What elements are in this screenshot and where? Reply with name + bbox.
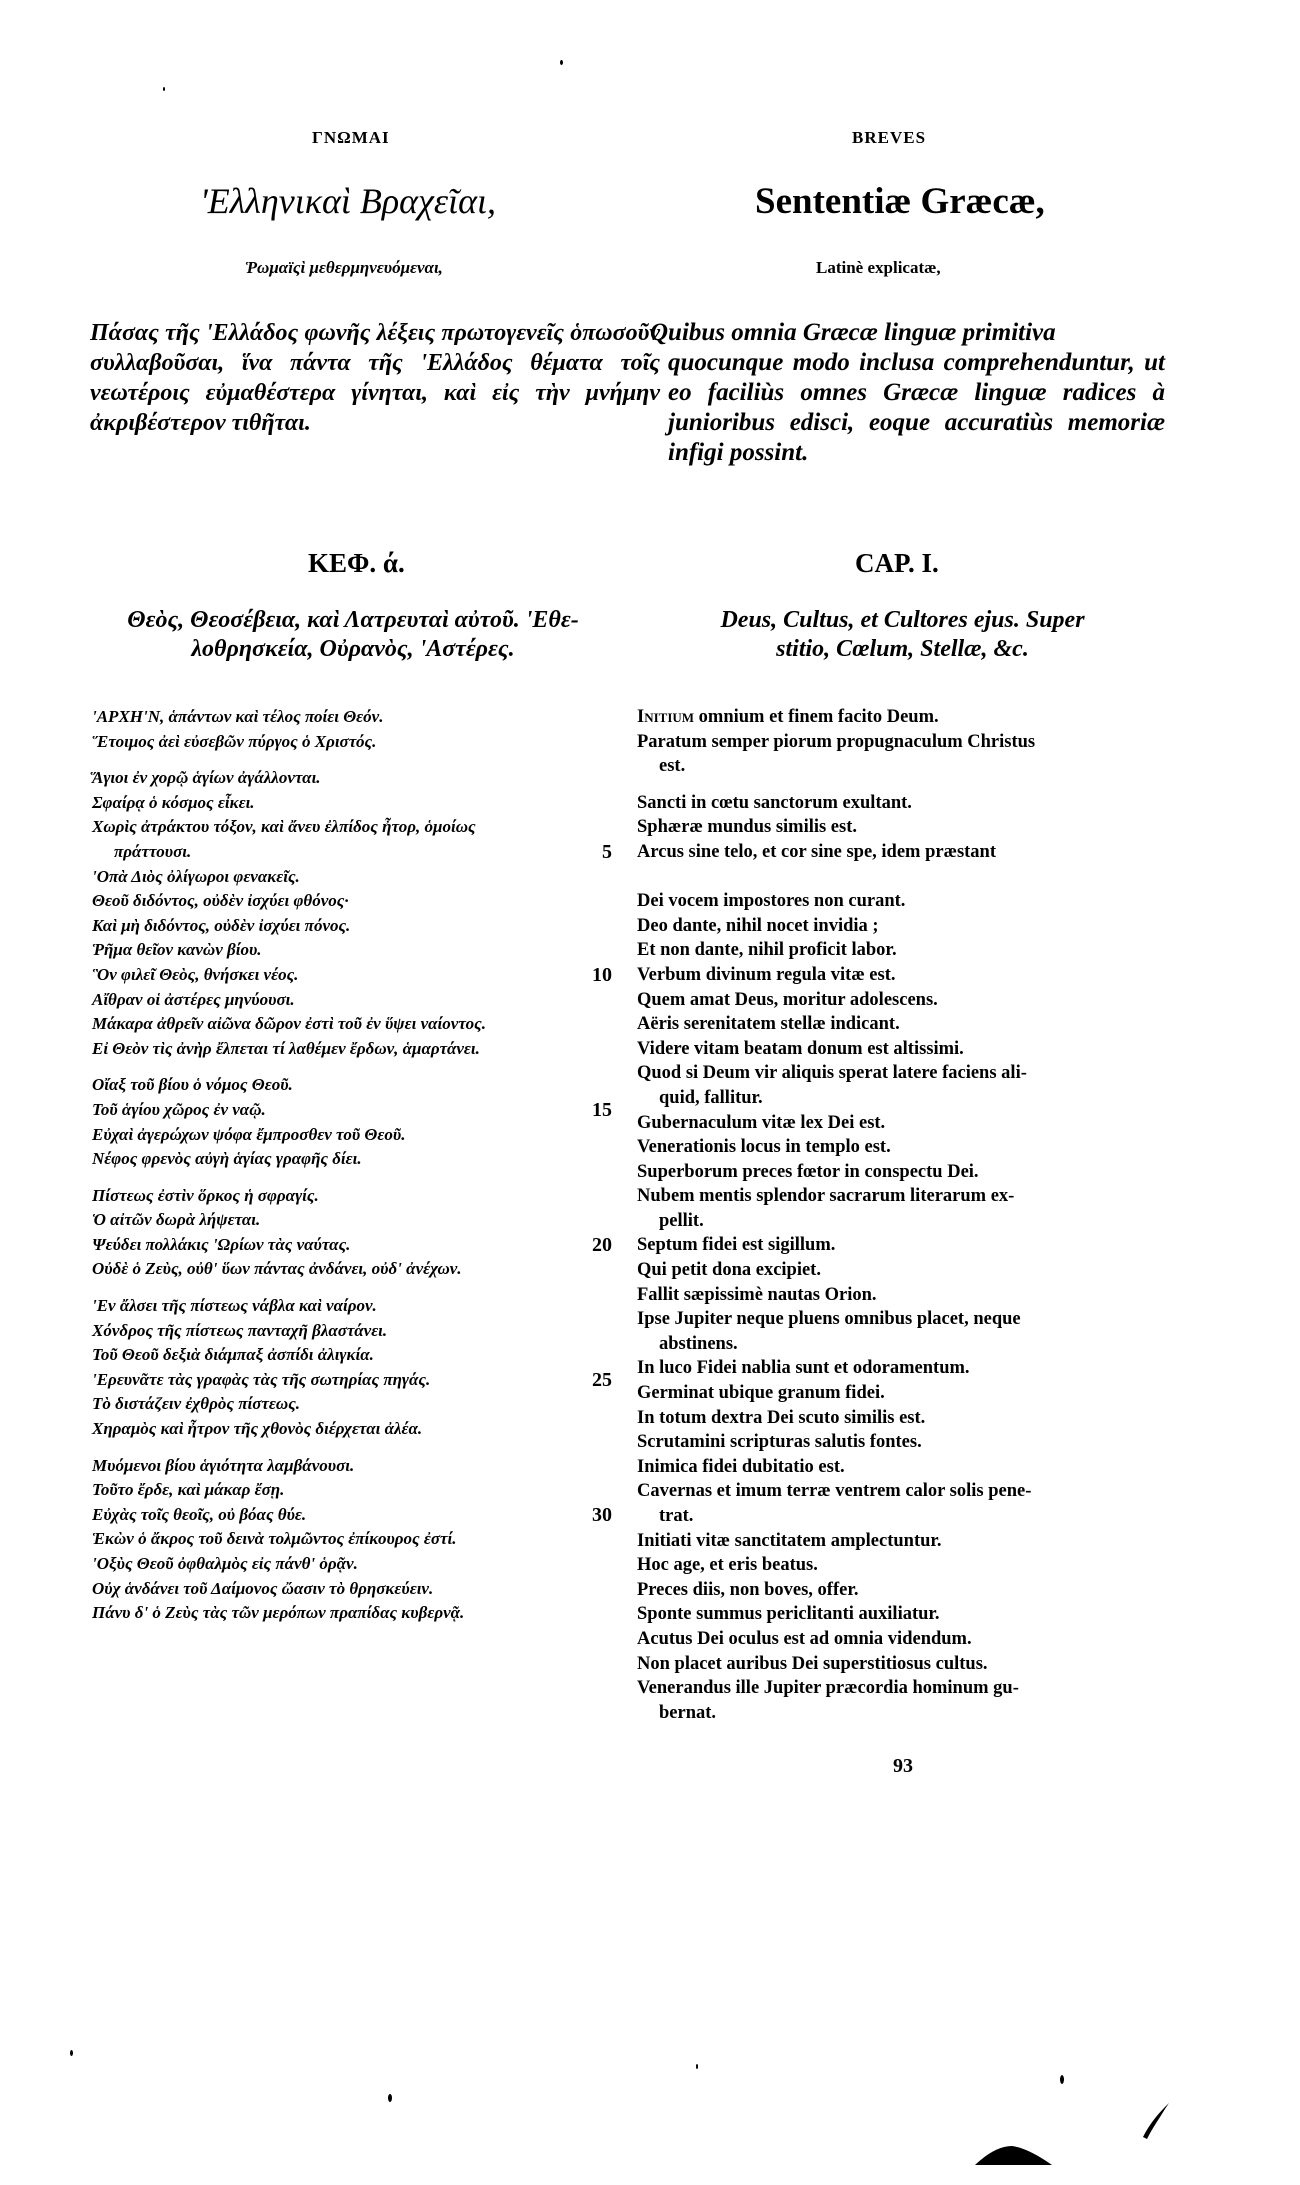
intro-latin-rest: quocunque modo inclusa comprehenduntur, … — [650, 348, 1165, 468]
latin-sentence-text: Sphæræ mundus similis est. — [637, 817, 857, 837]
greek-sentence-text: Εὐχαὶ ἀγερώχων ψόφα ἔμπροσθεν τοῦ Θεοῦ. — [92, 1125, 405, 1144]
line-number: 5 — [602, 840, 612, 865]
latin-sentence-line: Inimica fidei dubitatio est. — [637, 1455, 1177, 1480]
latin-sentence-line: Quem amat Deus, moritur adolescens. — [637, 988, 1177, 1013]
greek-sentence-line: Οὐχ ἁνδάνει τοῦ Δαίμονος ὤασιν τὸ θρησκε… — [92, 1577, 612, 1602]
latin-sentence-line: In luco Fidei nablia sunt et odoramentum… — [637, 1356, 1177, 1381]
argument-latin-line-2: stitio, Cœlum, Stellæ, &c. — [635, 635, 1170, 664]
stanza-gap — [92, 1061, 612, 1073]
greek-sentence-line: Χηραμὸς καὶ ἦτρον τῆς χθονὸς διέρχεται ἀ… — [92, 1417, 612, 1442]
latin-sentence-line: Non placet auribus Dei superstitiosus cu… — [637, 1652, 1177, 1677]
greek-sentence-line: Πάνυ δ' ὁ Ζεὺς τὰς τῶν μερόπων πραπίδας … — [92, 1601, 612, 1626]
latin-sentence-line: Verbum divinum regula vitæ est. — [637, 963, 1177, 988]
intro-latin-first-line: Quibus omnia Græcæ linguæ primitiva — [650, 318, 1165, 348]
greek-sentence-line: 'ΑΡΧΗ'Ν, ἁπάντων καὶ τέλος ποίει Θεόν. — [92, 705, 612, 730]
latin-sentence-line: trat. — [637, 1504, 1177, 1529]
latin-sentence-line: Arcus sine telo, et cor sine spe, idem p… — [637, 840, 1177, 865]
latin-sentence-text: Septum fidei est sigillum. — [637, 1235, 835, 1255]
latin-sentence-line: Superborum preces fœtor in conspectu Dei… — [637, 1160, 1177, 1185]
initial-word-smallcaps: Initium — [637, 707, 694, 727]
greek-sentence-text: Χόνδρος τῆς πίστεως πανταχῆ βλαστάνει. — [92, 1321, 387, 1340]
greek-sentence-text: 'Εν ἄλσει τῆς πίστεως νάβλα καὶ ναίρον. — [92, 1296, 377, 1315]
greek-sentence-line: Τοῦ ἁγίου χῶρος ἐν ναῷ.15 — [92, 1098, 612, 1123]
greek-sentences-column: 'ΑΡΧΗ'Ν, ἁπάντων καὶ τέλος ποίει Θεόν.Ἕτ… — [92, 705, 612, 1626]
latin-sentence-text: Non placet auribus Dei superstitiosus cu… — [637, 1654, 988, 1674]
greek-sentence-line: Νέφος φρενὸς αὐγὴ ἁγίας γραφῆς δίει. — [92, 1147, 612, 1172]
greek-sentence-line: Σφαίρᾳ ὁ κόσμος εἶκει. — [92, 791, 612, 816]
greek-sentence-line: Τὸ διστάζειν ἐχθρὸς πίστεως. — [92, 1392, 612, 1417]
latin-sentence-line: abstinens. — [637, 1332, 1177, 1357]
greek-sentence-line: Ὃν φιλεῖ Θεὸς, θνήσκει νέος.10 — [92, 963, 612, 988]
chapter-heading-latin: CAP. I. — [855, 548, 939, 579]
greek-sentence-line: Οὐδὲ ὁ Ζεὺς, οὐθ' ὕων πάντας ἀνδάνει, οὐ… — [92, 1257, 612, 1282]
latin-sentence-line: Initiati vitæ sanctitatem amplectuntur. — [637, 1529, 1177, 1554]
greek-sentence-line: Ἑκὼν ὁ ἄκρος τοῦ δεινὰ τολμῶντος ἐπίκουρ… — [92, 1527, 612, 1552]
latin-sentence-text: est. — [659, 756, 685, 776]
stanza-gap — [637, 779, 1177, 791]
subtitle-greek: Ῥωμαϊςὶ μεθερμηνευόμεναι, — [245, 258, 443, 278]
latin-sentence-text: Deo dante, nihil nocet invidia ; — [637, 916, 879, 936]
chapter-heading-greek: ΚΕΦ. ά. — [308, 548, 405, 579]
greek-sentence-line: Ῥῆμα θεῖον κανὼν βίου. — [92, 938, 612, 963]
greek-sentence-line: 'Εν ἄλσει τῆς πίστεως νάβλα καὶ ναίρον. — [92, 1294, 612, 1319]
latin-sentence-text: Superborum preces fœtor in conspectu Dei… — [637, 1162, 979, 1182]
scan-speck — [388, 2094, 392, 2102]
scan-speck — [696, 2064, 698, 2069]
latin-sentence-line: pellit. — [637, 1209, 1177, 1234]
latin-sentence-line: Ipse Jupiter neque pluens omnibus placet… — [637, 1307, 1177, 1332]
argument-greek-line-1: Θεὸς, Θεοσέβεια, καὶ Λατρευταὶ αὐτοῦ. 'Ε… — [88, 606, 618, 635]
latin-sentence-line: Sponte summus periclitanti auxiliatur. — [637, 1602, 1177, 1627]
greek-sentence-text: Νέφος φρενὸς αὐγὴ ἁγίας γραφῆς δίει. — [92, 1149, 362, 1168]
greek-sentence-text: Θεοῦ διδόντος, οὐδὲν ἰσχύει φθόνος· — [92, 891, 349, 910]
greek-sentence-text: 'Οπὰ Διὸς ὀλίγωροι φενακεῖς. — [92, 867, 300, 886]
line-number: 25 — [592, 1368, 612, 1393]
latin-sentence-text: abstinens. — [659, 1334, 738, 1354]
greek-sentence-line: 'Ερευνᾶτε τὰς γραφὰς τὰς τῆς σωτηρίας πη… — [92, 1368, 612, 1393]
latin-sentence-line: In totum dextra Dei scuto similis est. — [637, 1406, 1177, 1431]
latin-sentence-text: Qui petit dona excipiet. — [637, 1260, 821, 1280]
argument-greek-line-2: λοθρησκεία, Οὐρανὸς, 'Αστέρες. — [88, 635, 618, 664]
latin-sentence-line: Hoc age, et eris beatus. — [637, 1553, 1177, 1578]
greek-sentence-text: Ψεύδει πολλάκις 'Ωρίων τὰς ναύτας. — [92, 1235, 350, 1254]
latin-sentence-text: omnium et finem facito Deum. — [694, 707, 939, 727]
latin-sentence-text: Initiati vitæ sanctitatem amplectuntur. — [637, 1531, 942, 1551]
latin-sentence-line: Gubernaculum vitæ lex Dei est. — [637, 1111, 1177, 1136]
latin-sentence-text: Quod si Deum vir aliquis sperat latere f… — [637, 1063, 1027, 1083]
greek-sentence-line: 'Οξὺς Θεοῦ ὀφθαλμὸς εἰς πάνθ' ὁρᾷν. — [92, 1552, 612, 1577]
latin-sentence-line: bernat. — [637, 1701, 1177, 1726]
latin-sentence-line: Sancti in cœtu sanctorum exultant. — [637, 791, 1177, 816]
greek-sentence-text: Τοῦ ἁγίου χῶρος ἐν ναῷ. — [92, 1100, 266, 1119]
latin-sentence-text: Germinat ubique granum fidei. — [637, 1383, 885, 1403]
greek-sentence-line: πράττουσι.5 — [92, 840, 612, 865]
running-head-greek: ΓΝΩΜΑΙ — [312, 128, 390, 148]
latin-sentence-text: Cavernas et imum terræ ventrem calor sol… — [637, 1481, 1031, 1501]
latin-sentence-text: Dei vocem impostores non curant. — [637, 891, 905, 911]
greek-sentence-line: 'Οπὰ Διὸς ὀλίγωροι φενακεῖς. — [92, 865, 612, 890]
latin-sentences-column: Initium omnium et finem facito Deum.Para… — [637, 705, 1177, 1725]
greek-sentence-text: Τοῦτο ἔρδε, καὶ μάκαρ ἔσῃ. — [92, 1480, 284, 1499]
greek-sentence-line: Εὐχαὶ ἀγερώχων ψόφα ἔμπροσθεν τοῦ Θεοῦ. — [92, 1123, 612, 1148]
latin-sentence-line: Deo dante, nihil nocet invidia ; — [637, 914, 1177, 939]
latin-sentence-text: In luco Fidei nablia sunt et odoramentum… — [637, 1358, 970, 1378]
greek-sentence-line: Αἴθραν οἱ ἀστέρες μηνύουσι. — [92, 988, 612, 1013]
greek-sentence-text: Οὐδὲ ὁ Ζεὺς, οὐθ' ὕων πάντας ἀνδάνει, οὐ… — [92, 1259, 462, 1278]
greek-sentence-text: Ἕτοιμος ἀεὶ εὐσεβῶν πύργος ὁ Χριστός. — [92, 732, 376, 751]
latin-sentence-text: Gubernaculum vitæ lex Dei est. — [637, 1113, 885, 1133]
greek-sentence-line: Ἅγιοι ἐν χορῷ ἁγίων ἀγάλλονται. — [92, 766, 612, 791]
ink-stroke-mark — [1135, 2085, 1195, 2145]
stanza-gap — [92, 1172, 612, 1184]
latin-sentence-text: Fallit sæpissimè nautas Orion. — [637, 1285, 877, 1305]
greek-sentence-line: Τοῦτο ἔρδε, καὶ μάκαρ ἔσῃ. — [92, 1478, 612, 1503]
latin-sentence-text: Ipse Jupiter neque pluens omnibus placet… — [637, 1309, 1021, 1329]
latin-sentence-line: Aëris serenitatem stellæ indicant. — [637, 1012, 1177, 1037]
running-head-latin: BREVES — [852, 128, 926, 148]
latin-sentence-text: Et non dante, nihil proficit labor. — [637, 940, 897, 960]
latin-sentence-line: Scrutamini scripturas salutis fontes. — [637, 1430, 1177, 1455]
latin-sentence-line: Venerandus ille Jupiter præcordia hominu… — [637, 1676, 1177, 1701]
stanza-gap — [92, 1282, 612, 1294]
intro-paragraph-latin: Quibus omnia Græcæ linguæ primitiva quoc… — [650, 318, 1165, 468]
greek-sentence-text: 'ΑΡΧΗ'Ν, ἁπάντων καὶ τέλος ποίει Θεόν. — [92, 707, 383, 726]
greek-sentence-text: Τὸ διστάζειν ἐχθρὸς πίστεως. — [92, 1394, 300, 1413]
latin-sentence-text: In totum dextra Dei scuto similis est. — [637, 1408, 925, 1428]
greek-sentence-text: Ἅγιοι ἐν χορῷ ἁγίων ἀγάλλονται. — [92, 768, 321, 787]
greek-sentence-line: Τοῦ Θεοῦ δεξιὰ διάμπαξ ἀσπίδι ἀλιγκία. — [92, 1343, 612, 1368]
latin-sentence-text: bernat. — [659, 1703, 716, 1723]
stanza-gap — [92, 1442, 612, 1454]
latin-sentence-text: Nubem mentis splendor sacrarum literarum… — [637, 1186, 1014, 1206]
latin-sentence-line: Fallit sæpissimè nautas Orion. — [637, 1283, 1177, 1308]
ink-blot-mark — [970, 2140, 1060, 2170]
greek-sentence-text: Μυόμενοι βίου ἁγιότητα λαμβάνουσι. — [92, 1456, 354, 1475]
scan-speck — [70, 2050, 73, 2056]
latin-sentence-line: Germinat ubique granum fidei. — [637, 1381, 1177, 1406]
greek-sentence-text: Χηραμὸς καὶ ἦτρον τῆς χθονὸς διέρχεται ἀ… — [92, 1419, 422, 1438]
greek-sentence-text: Σφαίρᾳ ὁ κόσμος εἶκει. — [92, 793, 255, 812]
greek-sentence-line: Χωρὶς ἀτράκτου τόξον, καὶ ἄνευ ἐλπίδος ἦ… — [92, 815, 612, 840]
latin-sentence-line: Videre vitam beatam donum est altissimi. — [637, 1037, 1177, 1062]
greek-sentence-text: Οὐχ ἁνδάνει τοῦ Δαίμονος ὤασιν τὸ θρησκε… — [92, 1579, 433, 1598]
greek-sentence-line: Μάκαρα ἀθρεῖν αἰῶνα δῶρον ἐστὶ τοῦ ἐν ὕψ… — [92, 1012, 612, 1037]
latin-sentence-line: est. — [637, 754, 1177, 779]
greek-sentence-line: Καὶ μὴ διδόντος, οὐδὲν ἰσχύει πόνος. — [92, 914, 612, 939]
greek-sentence-text: Εὐχὰς τοῖς θεοῖς, οὐ βόας θύε. — [92, 1505, 306, 1524]
greek-sentence-text: Πάνυ δ' ὁ Ζεὺς τὰς τῶν μερόπων πραπίδας … — [92, 1603, 464, 1622]
scan-speck — [163, 87, 165, 91]
latin-sentence-text: Paratum semper piorum propugnaculum Chri… — [637, 732, 1035, 752]
greek-sentence-text: Πίστεως ἐστὶν ὅρκος ἡ σφραγίς. — [92, 1186, 319, 1205]
line-number: 20 — [592, 1233, 612, 1258]
latin-sentence-text: Verbum divinum regula vitæ est. — [637, 965, 896, 985]
scan-speck — [560, 60, 563, 65]
latin-sentence-text: Inimica fidei dubitatio est. — [637, 1457, 845, 1477]
greek-sentence-text: Εἰ Θεὸν τὶς ἀνὴρ ἔλπεται τί λαθέμεν ἔρδω… — [92, 1039, 480, 1058]
latin-sentence-text: Sancti in cœtu sanctorum exultant. — [637, 793, 912, 813]
line-number: 10 — [592, 963, 612, 988]
chapter-argument-greek: Θεὸς, Θεοσέβεια, καὶ Λατρευταὶ αὐτοῦ. 'Ε… — [88, 606, 618, 664]
greek-sentence-text: Καὶ μὴ διδόντος, οὐδὲν ἰσχύει πόνος. — [92, 916, 350, 935]
greek-sentence-text: Ὁ αἰτῶν δωρὰ λήψεται. — [92, 1210, 260, 1229]
latin-sentence-line — [637, 865, 1177, 890]
greek-sentence-text: Οἴαξ τοῦ βίου ὁ νόμος Θεοῦ. — [92, 1075, 293, 1094]
latin-sentence-text: Videre vitam beatam donum est altissimi. — [637, 1039, 964, 1059]
latin-sentence-text: Preces diis, non boves, offer. — [637, 1580, 858, 1600]
stanza-gap — [92, 754, 612, 766]
greek-sentence-line: Χόνδρος τῆς πίστεως πανταχῆ βλαστάνει. — [92, 1319, 612, 1344]
latin-sentence-text: Scrutamini scripturas salutis fontes. — [637, 1432, 922, 1452]
latin-sentence-line: Paratum semper piorum propugnaculum Chri… — [637, 730, 1177, 755]
latin-sentence-text: Venerandus ille Jupiter præcordia hominu… — [637, 1678, 1019, 1698]
latin-sentence-line: Acutus Dei oculus est ad omnia videndum. — [637, 1627, 1177, 1652]
page-number: 93 — [893, 1755, 913, 1778]
latin-sentence-line: Et non dante, nihil proficit labor. — [637, 938, 1177, 963]
latin-sentence-line: Initium omnium et finem facito Deum. — [637, 705, 1177, 730]
latin-sentence-text: Aëris serenitatem stellæ indicant. — [637, 1014, 900, 1034]
greek-sentence-text: Ἑκὼν ὁ ἄκρος τοῦ δεινὰ τολμῶντος ἐπίκουρ… — [92, 1529, 457, 1548]
greek-sentence-line: Ψεύδει πολλάκις 'Ωρίων τὰς ναύτας.20 — [92, 1233, 612, 1258]
chapter-argument-latin: Deus, Cultus, et Cultores ejus. Super st… — [635, 606, 1170, 664]
latin-sentence-text: Sponte summus periclitanti auxiliatur. — [637, 1604, 940, 1624]
greek-sentence-text: Μάκαρα ἀθρεῖν αἰῶνα δῶρον ἐστὶ τοῦ ἐν ὕψ… — [92, 1014, 486, 1033]
latin-sentence-line: Nubem mentis splendor sacrarum literarum… — [637, 1184, 1177, 1209]
latin-sentence-text: Arcus sine telo, et cor sine spe, idem p… — [637, 842, 996, 862]
greek-sentence-line: Ὁ αἰτῶν δωρὰ λήψεται. — [92, 1208, 612, 1233]
intro-paragraph-greek: Πάσας τῆς 'Ελλάδος φωνῆς λέξεις πρωτογεν… — [90, 318, 660, 438]
greek-sentence-text: 'Οξὺς Θεοῦ ὀφθαλμὸς εἰς πάνθ' ὁρᾷν. — [92, 1554, 358, 1573]
title-greek: 'Ελληνικαὶ Βραχεῖαι, — [200, 180, 496, 222]
latin-sentence-text: Quem amat Deus, moritur adolescens. — [637, 990, 938, 1010]
latin-sentence-text: Hoc age, et eris beatus. — [637, 1555, 818, 1575]
title-latin: Sententiæ Græcæ, — [755, 180, 1045, 223]
latin-sentence-text: pellit. — [659, 1211, 704, 1231]
greek-sentence-text: Τοῦ Θεοῦ δεξιὰ διάμπαξ ἀσπίδι ἀλιγκία. — [92, 1345, 374, 1364]
latin-sentence-text: Venerationis locus in templo est. — [637, 1137, 891, 1157]
latin-sentence-line: Cavernas et imum terræ ventrem calor sol… — [637, 1479, 1177, 1504]
subtitle-latin: Latinè explicatæ, — [816, 258, 941, 278]
latin-sentence-line: Quod si Deum vir aliquis sperat latere f… — [637, 1061, 1177, 1086]
latin-sentence-text: quid, fallitur. — [659, 1088, 763, 1108]
latin-sentence-line: Sphæræ mundus similis est. — [637, 815, 1177, 840]
greek-sentence-line: Θεοῦ διδόντος, οὐδὲν ἰσχύει φθόνος· — [92, 889, 612, 914]
greek-sentence-text: 'Ερευνᾶτε τὰς γραφὰς τὰς τῆς σωτηρίας πη… — [92, 1370, 430, 1389]
argument-latin-line-1: Deus, Cultus, et Cultores ejus. Super — [635, 606, 1170, 635]
latin-sentence-line: Septum fidei est sigillum. — [637, 1233, 1177, 1258]
latin-sentence-line: Preces diis, non boves, offer. — [637, 1578, 1177, 1603]
line-number: 30 — [592, 1503, 612, 1528]
greek-sentence-line: Μυόμενοι βίου ἁγιότητα λαμβάνουσι. — [92, 1454, 612, 1479]
latin-sentence-line: quid, fallitur. — [637, 1086, 1177, 1111]
greek-sentence-line: Ἕτοιμος ἀεὶ εὐσεβῶν πύργος ὁ Χριστός. — [92, 730, 612, 755]
greek-sentence-text: Χωρὶς ἀτράκτου τόξον, καὶ ἄνευ ἐλπίδος ἦ… — [92, 817, 476, 836]
latin-sentence-text: trat. — [659, 1506, 693, 1526]
greek-sentence-text: πράττουσι. — [114, 842, 191, 861]
greek-sentence-line: Εὐχὰς τοῖς θεοῖς, οὐ βόας θύε.30 — [92, 1503, 612, 1528]
latin-sentence-line: Qui petit dona excipiet. — [637, 1258, 1177, 1283]
line-number: 15 — [592, 1098, 612, 1123]
latin-sentence-line: Dei vocem impostores non curant. — [637, 889, 1177, 914]
greek-sentence-text: Αἴθραν οἱ ἀστέρες μηνύουσι. — [92, 990, 295, 1009]
greek-sentence-text: Ῥῆμα θεῖον κανὼν βίου. — [92, 940, 262, 959]
greek-sentence-line: Πίστεως ἐστὶν ὅρκος ἡ σφραγίς. — [92, 1184, 612, 1209]
latin-sentence-text: Acutus Dei oculus est ad omnia videndum. — [637, 1629, 972, 1649]
latin-sentence-line: Venerationis locus in templo est. — [637, 1135, 1177, 1160]
greek-sentence-line: Οἴαξ τοῦ βίου ὁ νόμος Θεοῦ. — [92, 1073, 612, 1098]
greek-sentence-text: Ὃν φιλεῖ Θεὸς, θνήσκει νέος. — [92, 965, 298, 984]
scan-speck — [1060, 2075, 1064, 2084]
greek-sentence-line: Εἰ Θεὸν τὶς ἀνὴρ ἔλπεται τί λαθέμεν ἔρδω… — [92, 1037, 612, 1062]
